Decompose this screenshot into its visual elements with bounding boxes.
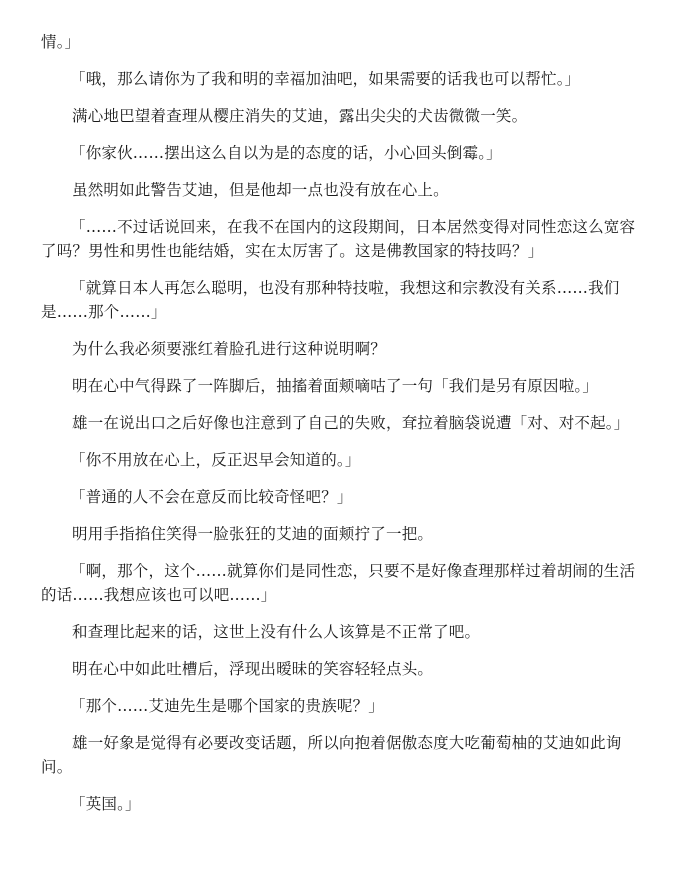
paragraph: 「你家伙……摆出这么自以为是的态度的话，小心回头倒霉。」 [41,141,639,165]
paragraph: 「哦，那么请你为了我和明的幸福加油吧，如果需要的话我也可以帮忙。」 [41,67,639,91]
document-page: 情。」 「哦，那么请你为了我和明的幸福加油吧，如果需要的话我也可以帮忙。」 满心… [41,30,639,829]
paragraph: 「就算日本人再怎么聪明，也没有那种特技啦，我想这和宗教没有关系……我们是……那个… [41,276,639,324]
paragraph: 虽然明如此警告艾迪，但是他却一点也没有放在心上。 [41,178,639,202]
paragraph: 明用手指掐住笑得一脸张狂的艾迪的面颊拧了一把。 [41,522,639,546]
paragraph: 雄一好象是觉得有必要改变话题，所以向抱着倨傲态度大吃葡萄柚的艾迪如此询问。 [41,731,639,779]
paragraph: 「普通的人不会在意反而比较奇怪吧？」 [41,485,639,509]
paragraph: 明在心中气得跺了一阵脚后，抽搐着面颊嘀咕了一句「我们是另有原因啦。」 [41,374,639,398]
paragraph: 为什么我必须要涨红着脸孔进行这种说明啊？ [41,337,639,361]
paragraph: 「那个……艾迪先生是哪个国家的贵族呢？」 [41,694,639,718]
paragraph: 雄一在说出口之后好像也注意到了自己的失败，耷拉着脑袋说遭「对、对不起。」 [41,411,639,435]
paragraph: 「你不用放在心上，反正迟早会知道的。」 [41,448,639,472]
paragraph: 和查理比起来的话，这世上没有什么人该算是不正常了吧。 [41,620,639,644]
paragraph: 满心地巴望着查理从樱庄消失的艾迪，露出尖尖的犬齿微微一笑。 [41,104,639,128]
paragraph: 「……不过话说回来，在我不在国内的这段期间，日本居然变得对同性恋这么宽容了吗？男… [41,215,639,263]
paragraph: 情。」 [41,30,639,54]
paragraph: 「啊，那个，这个……就算你们是同性恋，只要不是好像查理那样过着胡闹的生活的话……… [41,559,639,607]
paragraph: 明在心中如此吐槽后，浮现出暧昧的笑容轻轻点头。 [41,657,639,681]
paragraph: 「英国。」 [41,792,639,816]
